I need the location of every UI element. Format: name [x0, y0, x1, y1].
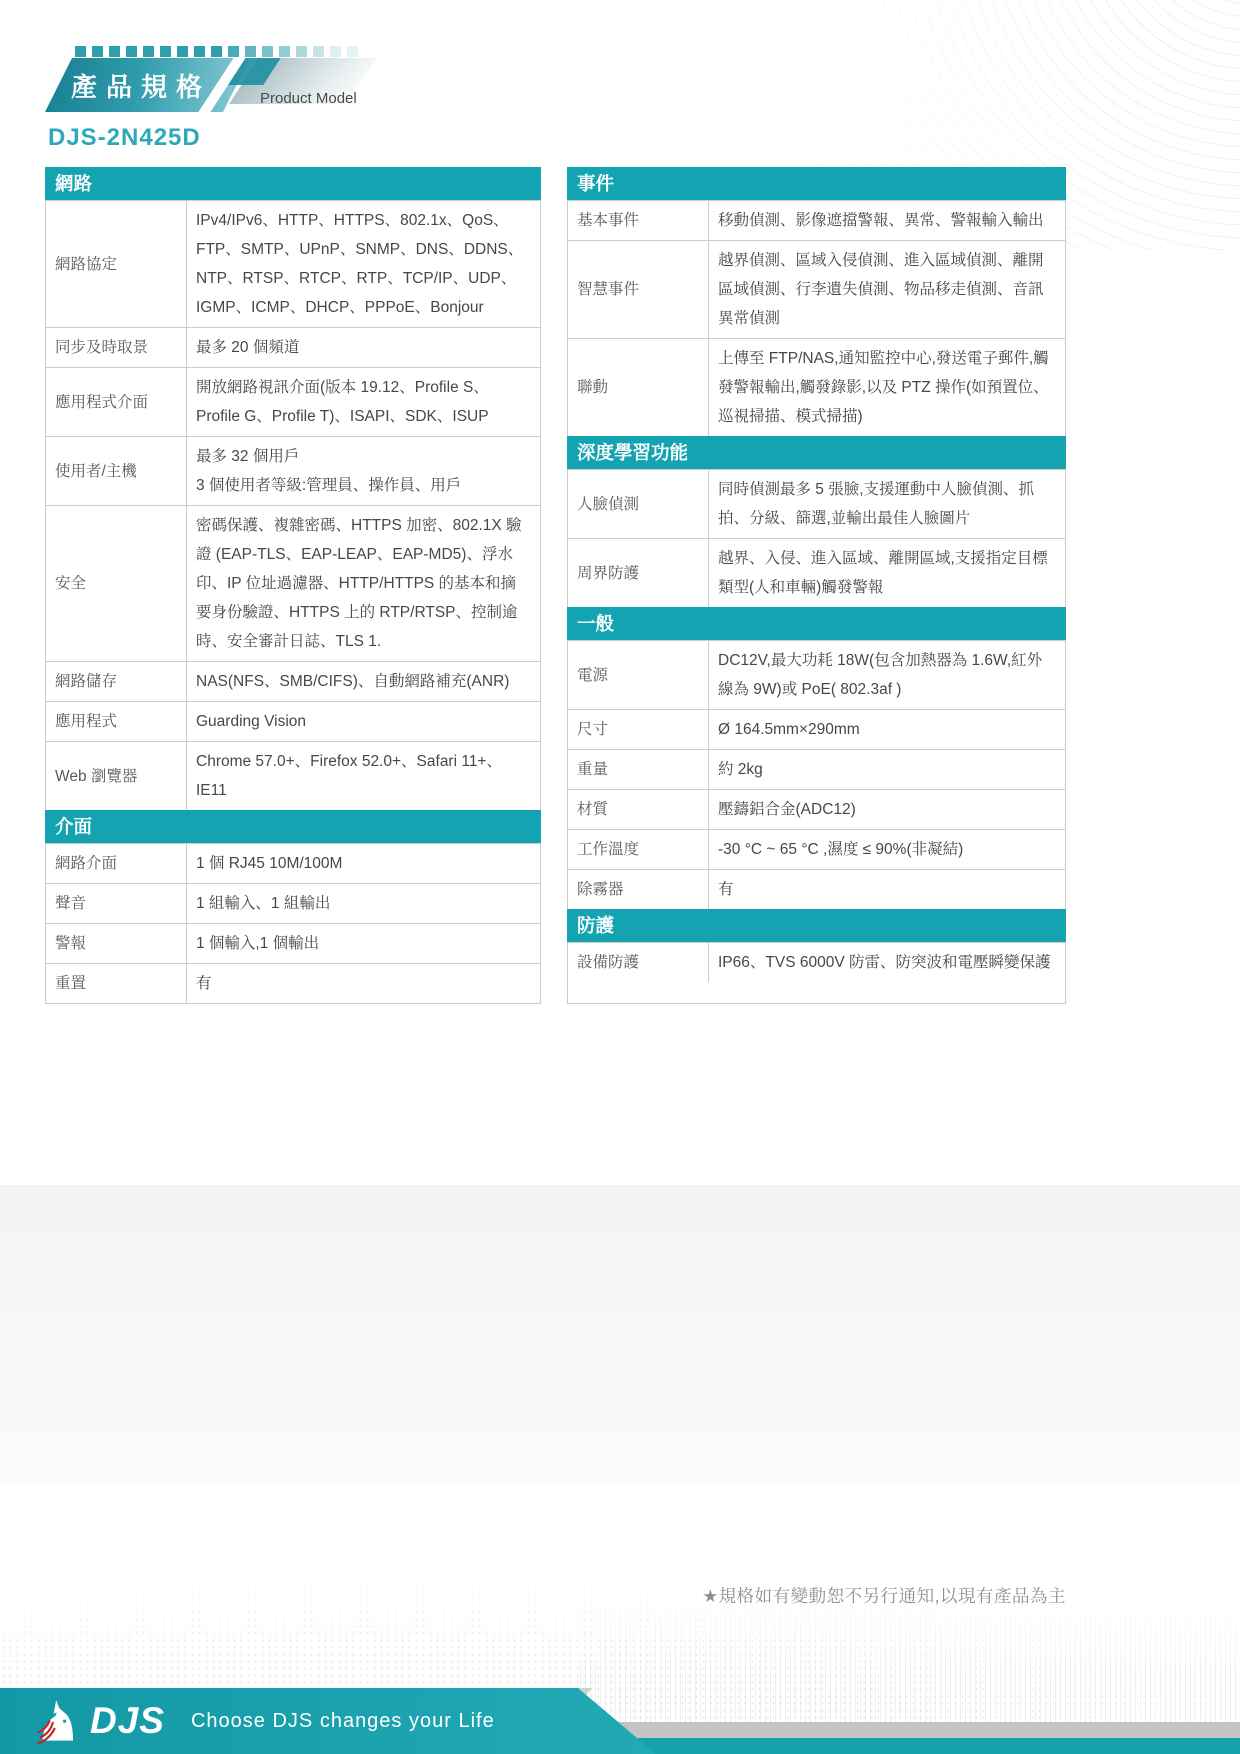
spec-label: 人臉偵測	[568, 470, 708, 538]
spec-row: 應用程式Guarding Vision	[46, 701, 540, 741]
spec-label: 電源	[568, 641, 708, 709]
spec-label: 除霧器	[568, 870, 708, 909]
spec-value: 移動偵測、影像遮擋警報、異常、警報輸入輸出	[708, 201, 1065, 240]
footer-logo-bar: DJS Choose DJS changes your Life	[0, 1688, 700, 1754]
spec-value: 有	[708, 870, 1065, 909]
spec-value: 最多 20 個頻道	[186, 328, 540, 367]
right-spec-table: 事件基本事件移動偵測、影像遮擋警報、異常、警報輸入輸出智慧事件越界偵測、區域入侵…	[567, 167, 1066, 1004]
spec-label: 材質	[568, 790, 708, 829]
spec-row: 尺寸Ø 164.5mm×290mm	[568, 709, 1065, 749]
spec-value: 開放網路視訊介面(版本 19.12、Profile S、Profile G、Pr…	[186, 368, 540, 436]
spec-value: 1 個輸入,1 個輸出	[186, 924, 540, 963]
brand-logo-text: DJS	[90, 1700, 165, 1742]
deco-square	[279, 46, 290, 57]
spec-row: 重置有	[46, 963, 540, 1003]
spec-value: 1 個 RJ45 10M/100M	[186, 844, 540, 883]
spec-value-text: Ø 164.5mm×290mm	[718, 715, 860, 744]
spec-label: Web 瀏覽器	[46, 742, 186, 810]
spec-row: 應用程式介面開放網路視訊介面(版本 19.12、Profile S、Profil…	[46, 367, 540, 436]
left-spec-table: 網路網路協定IPv4/IPv6、HTTP、HTTPS、802.1x、QoS、FT…	[45, 167, 541, 1004]
deco-squares-row	[75, 44, 364, 56]
spec-row: 使用者/主機最多 32 個用戶 3 個使用者等級:管理員、操作員、用戶	[46, 436, 540, 505]
spec-value: Chrome 57.0+、Firefox 52.0+、Safari 11+、IE…	[186, 742, 540, 810]
spec-value-text: 越界、入侵、進入區域、離開區域,支援指定目標類型(人和車輛)觸發警報	[718, 544, 1055, 602]
spec-label: 網路儲存	[46, 662, 186, 701]
spec-row: 人臉偵測同時偵測最多 5 張臉,支援運動中人臉偵測、抓拍、分級、篩選,並輸出最佳…	[568, 469, 1065, 538]
spec-label: 應用程式	[46, 702, 186, 741]
spec-value: 上傳至 FTP/NAS,通知監控中心,發送電子郵件,觸發警報輸出,觸發錄影,以及…	[708, 339, 1065, 436]
spec-value-text: 上傳至 FTP/NAS,通知監控中心,發送電子郵件,觸發警報輸出,觸發錄影,以及…	[718, 344, 1055, 431]
spec-row: 聲音1 組輸入、1 組輸出	[46, 883, 540, 923]
lower-gray-band	[0, 1185, 1240, 1485]
section-header: 網路	[45, 167, 541, 200]
spec-label: 聲音	[46, 884, 186, 923]
spec-value-text: 越界偵測、區域入侵偵測、進入區域偵測、離開區域偵測、行李遺失偵測、物品移走偵測、…	[718, 246, 1055, 333]
spec-row: 工作溫度 -30 °C ~ 65 °C ,濕度 ≤ 90%(非凝結)	[568, 829, 1065, 869]
spec-row: 周界防護越界、入侵、進入區域、離開區域,支援指定目標類型(人和車輛)觸發警報	[568, 538, 1065, 607]
spec-label: 重置	[46, 964, 186, 1003]
deco-square	[177, 46, 188, 57]
spec-value: -30 °C ~ 65 °C ,濕度 ≤ 90%(非凝結)	[708, 830, 1065, 869]
spec-value-text: 約 2kg	[718, 755, 763, 784]
spec-row: 基本事件移動偵測、影像遮擋警報、異常、警報輸入輸出	[568, 200, 1065, 240]
spec-value-text: 最多 32 個用戶 3 個使用者等級:管理員、操作員、用戶	[196, 442, 461, 500]
deco-square	[245, 46, 256, 57]
spec-value-text: Chrome 57.0+、Firefox 52.0+、Safari 11+、IE…	[196, 747, 530, 805]
deco-square	[313, 46, 324, 57]
spec-label: 設備防護	[568, 943, 708, 982]
spec-value-text: 最多 20 個頻道	[196, 333, 299, 362]
spec-label: 警報	[46, 924, 186, 963]
spec-value-text: DC12V,最大功耗 18W(包含加熱器為 1.6W,紅外線為 9W)或 PoE…	[718, 646, 1055, 704]
spec-label: 智慧事件	[568, 241, 708, 338]
spec-label: 應用程式介面	[46, 368, 186, 436]
spec-label: 基本事件	[568, 201, 708, 240]
spec-value-text: 有	[718, 875, 734, 904]
spec-value: Ø 164.5mm×290mm	[708, 710, 1065, 749]
spec-value: 有	[186, 964, 540, 1003]
spec-value-text: 同時偵測最多 5 張臉,支援運動中人臉偵測、抓拍、分級、篩選,並輸出最佳人臉圖片	[718, 475, 1055, 533]
spec-value: Guarding Vision	[186, 702, 540, 741]
deco-square	[211, 46, 222, 57]
spec-label: 安全	[46, 506, 186, 661]
deco-square	[262, 46, 273, 57]
spec-value-text: 移動偵測、影像遮擋警報、異常、警報輸入輸出	[718, 206, 1044, 235]
deco-square	[194, 46, 205, 57]
spec-row: 網路儲存NAS(NFS、SMB/CIFS)、自動網路補充(ANR)	[46, 661, 540, 701]
spec-row: 警報1 個輸入,1 個輸出	[46, 923, 540, 963]
spec-value: 密碼保護、複雜密碼、HTTPS 加密、802.1X 驗證 (EAP-TLS、EA…	[186, 506, 540, 661]
spec-row: 重量約 2kg	[568, 749, 1065, 789]
brand-slogan: Choose DJS changes your Life	[191, 1710, 495, 1733]
banner-subtitle: Product Model	[260, 90, 357, 107]
spec-value-text: 1 組輸入、1 組輸出	[196, 889, 330, 918]
deco-square	[143, 46, 154, 57]
section-header: 深度學習功能	[567, 436, 1066, 469]
spec-row: 電源DC12V,最大功耗 18W(包含加熱器為 1.6W,紅外線為 9W)或 P…	[568, 640, 1065, 709]
deco-square	[296, 46, 307, 57]
spec-value-text: 1 個 RJ45 10M/100M	[196, 849, 342, 878]
spec-value: 壓鑄鋁合金(ADC12)	[708, 790, 1065, 829]
bottom-lines-texture	[580, 1600, 1240, 1722]
deco-square	[126, 46, 137, 57]
section-header: 防護	[567, 909, 1066, 942]
section-header: 介面	[45, 810, 541, 843]
spec-label: 尺寸	[568, 710, 708, 749]
spec-label: 重量	[568, 750, 708, 789]
spec-value: 最多 32 個用戶 3 個使用者等級:管理員、操作員、用戶	[186, 437, 540, 505]
spec-row: 同步及時取景最多 20 個頻道	[46, 327, 540, 367]
spec-value-text: IPv4/IPv6、HTTP、HTTPS、802.1x、QoS、FTP、SMTP…	[196, 206, 530, 322]
spec-label: 使用者/主機	[46, 437, 186, 505]
deco-square	[92, 46, 103, 57]
spec-row: Web 瀏覽器Chrome 57.0+、Firefox 52.0+、Safari…	[46, 741, 540, 810]
dotted-wave-texture	[0, 1420, 1240, 1720]
deco-square	[75, 46, 86, 57]
spec-value-text: NAS(NFS、SMB/CIFS)、自動網路補充(ANR)	[196, 667, 509, 696]
spec-value-text: 開放網路視訊介面(版本 19.12、Profile S、Profile G、Pr…	[196, 373, 530, 431]
spec-value-text: -30 °C ~ 65 °C ,濕度 ≤ 90%(非凝結)	[718, 835, 963, 864]
spec-value: DC12V,最大功耗 18W(包含加熱器為 1.6W,紅外線為 9W)或 PoE…	[708, 641, 1065, 709]
spec-row: 材質壓鑄鋁合金(ADC12)	[568, 789, 1065, 829]
unicorn-logo-icon	[30, 1695, 84, 1749]
deco-square	[330, 46, 341, 57]
deco-square	[228, 46, 239, 57]
spec-label: 周界防護	[568, 539, 708, 607]
spec-value-text: 密碼保護、複雜密碼、HTTPS 加密、802.1X 驗證 (EAP-TLS、EA…	[196, 511, 530, 656]
spec-label: 網路協定	[46, 201, 186, 327]
footer-gray-stripe	[586, 1722, 1240, 1739]
section-header: 一般	[567, 607, 1066, 640]
deco-square	[160, 46, 171, 57]
spec-row: 除霧器有	[568, 869, 1065, 909]
deco-square	[109, 46, 120, 57]
spec-value: IP66、TVS 6000V 防雷、防突波和電壓瞬變保護	[708, 943, 1065, 982]
spec-row: 聯動上傳至 FTP/NAS,通知監控中心,發送電子郵件,觸發警報輸出,觸發錄影,…	[568, 338, 1065, 436]
spec-value-text: IP66、TVS 6000V 防雷、防突波和電壓瞬變保護	[718, 948, 1050, 977]
spec-label: 網路介面	[46, 844, 186, 883]
spec-label: 工作溫度	[568, 830, 708, 869]
spec-value: 1 組輸入、1 組輸出	[186, 884, 540, 923]
spec-label: 聯動	[568, 339, 708, 436]
spec-value: 越界、入侵、進入區域、離開區域,支援指定目標類型(人和車輛)觸發警報	[708, 539, 1065, 607]
spec-columns: 網路網路協定IPv4/IPv6、HTTP、HTTPS、802.1x、QoS、FT…	[45, 167, 1066, 1004]
spec-label: 同步及時取景	[46, 328, 186, 367]
spec-value: 越界偵測、區域入侵偵測、進入區域偵測、離開區域偵測、行李遺失偵測、物品移走偵測、…	[708, 241, 1065, 338]
spec-value-text: 壓鑄鋁合金(ADC12)	[718, 795, 856, 824]
spec-row: 網路介面1 個 RJ45 10M/100M	[46, 843, 540, 883]
section-header: 事件	[567, 167, 1066, 200]
spec-row: 智慧事件越界偵測、區域入侵偵測、進入區域偵測、離開區域偵測、行李遺失偵測、物品移…	[568, 240, 1065, 338]
product-model-title: DJS-2N425D	[48, 124, 201, 152]
spec-value-text: Guarding Vision	[196, 707, 306, 736]
spec-row: 安全密碼保護、複雜密碼、HTTPS 加密、802.1X 驗證 (EAP-TLS、…	[46, 505, 540, 661]
spec-value-text: 有	[196, 969, 212, 998]
spec-value: NAS(NFS、SMB/CIFS)、自動網路補充(ANR)	[186, 662, 540, 701]
deco-square	[347, 46, 358, 57]
spec-row: 設備防護IP66、TVS 6000V 防雷、防突波和電壓瞬變保護	[568, 942, 1065, 982]
spec-value: 同時偵測最多 5 張臉,支援運動中人臉偵測、抓拍、分級、篩選,並輸出最佳人臉圖片	[708, 470, 1065, 538]
spec-value: IPv4/IPv6、HTTP、HTTPS、802.1x、QoS、FTP、SMTP…	[186, 201, 540, 327]
spec-row: 網路協定IPv4/IPv6、HTTP、HTTPS、802.1x、QoS、FTP、…	[46, 200, 540, 327]
footer-disclaimer: ★規格如有變動恕不另行通知,以現有產品為主	[702, 1583, 1066, 1608]
spec-value: 約 2kg	[708, 750, 1065, 789]
spec-value-text: 1 個輸入,1 個輸出	[196, 929, 319, 958]
banner-title: 產品規格	[45, 67, 211, 104]
